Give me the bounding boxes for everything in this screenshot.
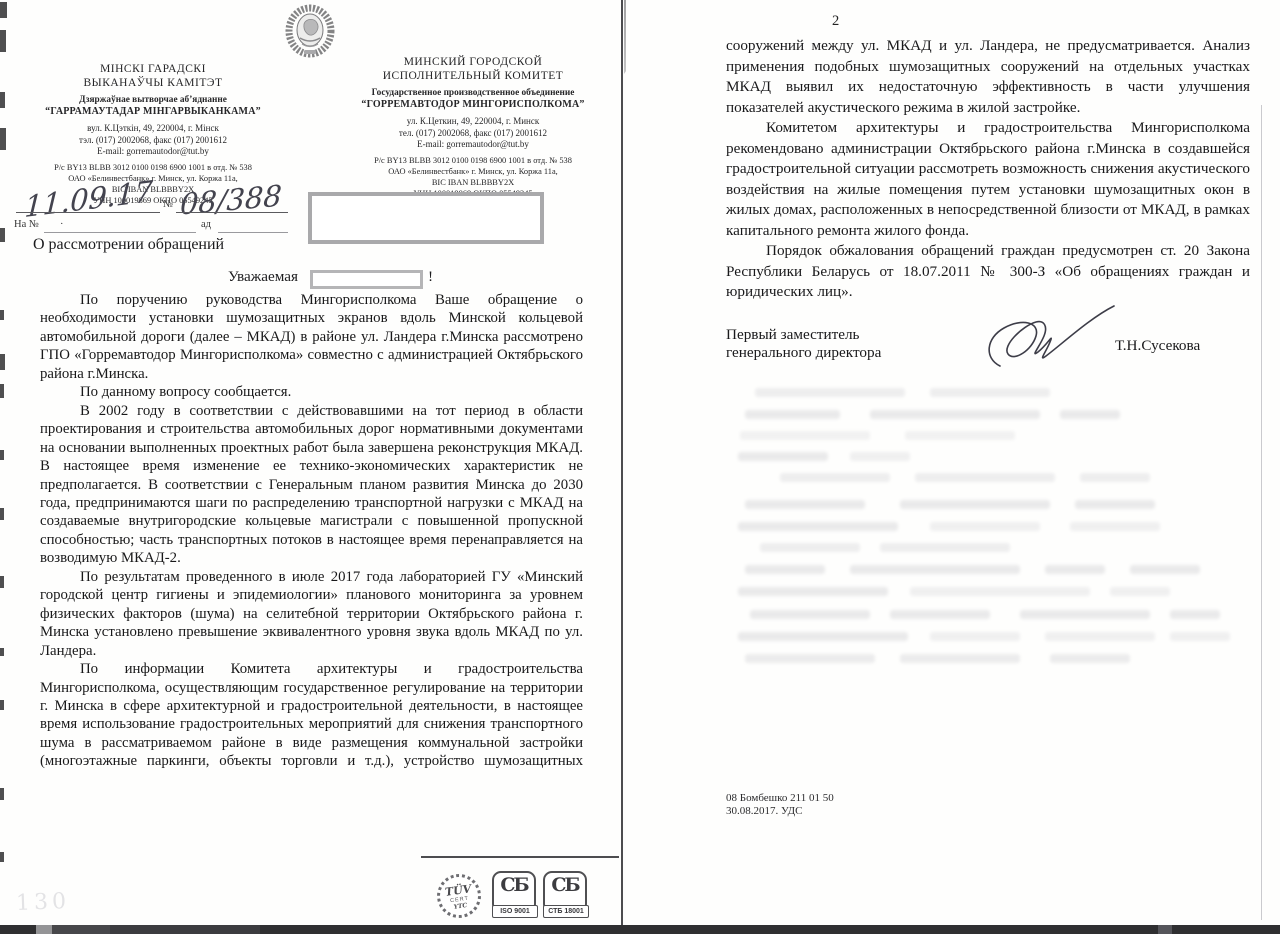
paragraph: По поручению руководства Мингорисполкома…: [40, 291, 583, 383]
letterhead-account: Р/с BY13 BLBB 3012 0100 0198 6900 1001 в…: [324, 155, 622, 166]
letterhead-email: E-mail: gorremautodor@tut.by: [16, 146, 290, 158]
scan-artifact: [915, 473, 1055, 482]
scan-artifact: [0, 788, 4, 800]
letterhead-address: ул. К.Цеткин, 49, 220004, г. Минск: [324, 116, 622, 128]
letterhead-org-line: МИНСКИЙ ГОРОДСКОЙ: [324, 56, 622, 70]
scan-artifact: [760, 543, 860, 552]
scan-artifact: [930, 632, 1020, 641]
scan-artifact: [890, 610, 990, 619]
letterhead-org-line: ВЫКАНАЎЧЫ КАМІТЭТ: [16, 77, 290, 91]
scan-artifact: [738, 522, 898, 531]
scan-bar-segment: [52, 925, 110, 934]
scan-artifact: [738, 452, 828, 461]
letterhead-assoc-line: Государственное производственное объедин…: [324, 88, 622, 99]
scan-artifact: [0, 700, 4, 710]
scan-artifact: [1110, 587, 1170, 596]
bleed-through-region: [626, 0, 1280, 925]
scan-artifact: [0, 30, 6, 52]
scan-edge-region: [0, 0, 12, 925]
number-sign: №: [163, 199, 173, 210]
page-divider-line: [621, 0, 623, 925]
scan-artifact: [880, 543, 1010, 552]
letterhead-russian: МИНСКИЙ ГОРОДСКОЙ ИСПОЛНИТЕЛЬНЫЙ КОМИТЕТ…: [324, 56, 622, 199]
scan-artifact: [900, 500, 1050, 509]
stb18001-cert-label: СТБ 18001: [543, 905, 589, 918]
letterhead-bank: ОАО «Белинвестбанк» г. Минск, ул. Коржа …: [324, 166, 622, 177]
scan-artifact: [1080, 473, 1150, 482]
executor-date-line: 30.08.2017. УДС: [726, 805, 834, 818]
cert-monogram: СБ: [545, 873, 585, 897]
letterhead-account: Р/с BY13 BLBB 3012 0100 0198 6900 1001 в…: [16, 162, 290, 173]
scan-artifact: [905, 431, 1015, 440]
scan-bar-segment: [36, 925, 52, 934]
reference-dot: ·: [60, 219, 64, 230]
footer-rule: [421, 856, 619, 858]
scan-artifact: [1130, 565, 1200, 574]
letterhead-phone: тэл. (017) 2002068, факс (017) 2001612: [16, 135, 290, 147]
scan-artifact: [0, 852, 4, 862]
letterhead-assoc-line: Дзяржаўнае вытворчае аб’яднанне: [16, 95, 290, 106]
tuv-cert-icon: TÜV CERT YTC: [434, 871, 484, 921]
letterhead-name-line: “ГАРРАМАУТАДАР МІНГАРВЫКАНКАМА”: [16, 106, 290, 118]
iso9001-cert-label: ISO 9001: [492, 905, 538, 918]
left-page: МІНСКІ ГАРАДСКІ ВЫКАНАЎЧЫ КАМІТЭТ Дзяржа…: [0, 0, 622, 925]
scan-artifact: [745, 654, 875, 663]
scan-artifact: [738, 587, 888, 596]
cert-monogram: СБ: [494, 873, 534, 897]
scan-artifact: [850, 565, 1020, 574]
scan-artifact: [0, 648, 4, 656]
iso9001-cert-icon: СБ ISO 9001: [492, 871, 536, 913]
coat-of-arms-icon: [282, 4, 338, 60]
scan-artifact: [930, 522, 1040, 531]
scan-artifact: [1045, 632, 1155, 641]
scan-artifact: [0, 128, 6, 150]
scan-artifact: [0, 384, 4, 398]
scan-artifact: [0, 576, 4, 588]
right-page: 2 сооружений между ул. МКАД и ул. Ландер…: [626, 0, 1280, 925]
scan-artifact: [850, 452, 910, 461]
letterhead-org-line: МІНСКІ ГАРАДСКІ: [16, 63, 290, 77]
scan-artifact: [1170, 632, 1230, 641]
scan-artifact: [0, 310, 4, 320]
scan-artifact: [0, 354, 5, 370]
paragraph: По информации Комитета архитектуры и гра…: [40, 660, 583, 771]
redaction-box-name: [310, 270, 423, 289]
reference-ad-label: ад: [201, 219, 211, 230]
redaction-box-address: [308, 192, 544, 244]
letterhead-org-line: ИСПОЛНИТЕЛЬНЫЙ КОМИТЕТ: [324, 70, 622, 84]
scan-artifact: [780, 473, 890, 482]
letterhead-name-line: “ГОРРЕМАВТОДОР МИНГОРИСПОЛКОМА”: [324, 99, 622, 111]
scan-artifact: [755, 388, 905, 397]
paragraph: В 2002 году в соответствии с действовавш…: [40, 402, 583, 568]
scan-artifact: [738, 632, 908, 641]
scan-artifact: [745, 565, 825, 574]
scan-bar-segment: [110, 925, 260, 934]
executor-line: 08 Бомбешко 211 01 50: [726, 792, 834, 805]
executor-footer: 08 Бомбешко 211 01 50 30.08.2017. УДС: [726, 792, 834, 818]
scan-artifact: [740, 431, 870, 440]
rule: [176, 212, 288, 213]
scanned-letter-root: { "document": { "left_page": { "letterhe…: [0, 0, 1280, 934]
scan-artifact: [1070, 522, 1160, 531]
letterhead-bic: BIC IBAN BLBBBY2X: [324, 177, 622, 188]
scan-artifact: [870, 410, 1040, 419]
scan-artifact: [1075, 500, 1155, 509]
scan-artifact: [0, 2, 7, 18]
scan-artifact: [0, 508, 4, 520]
scan-artifact: [745, 500, 865, 509]
salutation-prefix: Уважаемая: [228, 268, 298, 286]
scan-artifact: [745, 410, 840, 419]
scan-artifact: [930, 388, 1050, 397]
rule: [16, 212, 160, 213]
salutation-punct: !: [428, 268, 433, 286]
paragraph: По результатам проведенного в июле 2017 …: [40, 568, 583, 660]
scan-artifact: [1050, 654, 1130, 663]
scan-artifact: [1170, 610, 1220, 619]
reference-na-label: На №: [14, 219, 39, 230]
scan-artifact: [0, 450, 4, 460]
faint-page-stamp: 130: [16, 889, 71, 916]
scan-artifact: [750, 610, 870, 619]
rule: [44, 232, 196, 233]
letterhead-phone: тел. (017) 2002068, факс (017) 2001612: [324, 128, 622, 140]
scan-artifact: [0, 92, 5, 108]
letter-body-page1: По поручению руководства Мингорисполкома…: [40, 291, 583, 771]
bottom-scan-bar: [0, 925, 1280, 934]
paper-edge-line: [1261, 105, 1262, 920]
scan-artifact: [0, 228, 5, 242]
scan-artifact: [1045, 565, 1105, 574]
letterhead-email: E-mail: gorremautodor@tut.by: [324, 139, 622, 151]
scan-artifact: [1060, 410, 1120, 419]
subject-line: О рассмотрении обращений: [33, 236, 224, 254]
stb18001-cert-icon: СБ СТБ 18001: [543, 871, 587, 913]
rule: [218, 232, 288, 233]
scan-artifact: [900, 654, 1020, 663]
scan-artifact: [1020, 610, 1150, 619]
scan-bar-segment: [1158, 925, 1172, 934]
scan-artifact: [910, 587, 1090, 596]
letterhead-address: вул. К.Цэткін, 49, 220004, г. Мінск: [16, 123, 290, 135]
paragraph: По данному вопросу сообщается.: [40, 383, 583, 401]
